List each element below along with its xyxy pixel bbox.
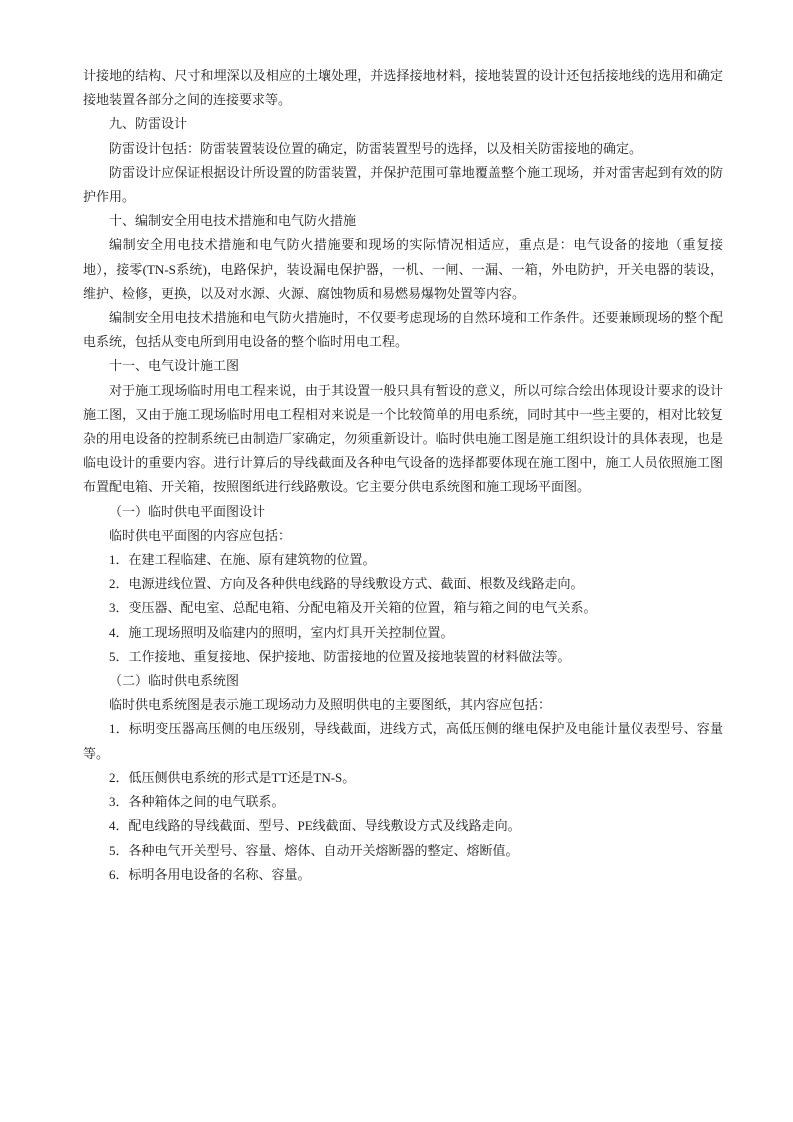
body-continuation: 计接地的结构、尺寸和埋深以及相应的土壤处理，并选择接地材料，接地装置的设计还包括… — [83, 64, 723, 112]
body: 防雷设计应保证根据设计所设置的防雷装置，并保护范围可靠地覆盖整个施工现场，并对雷… — [83, 161, 723, 209]
section-heading: 十一、电气设计施工图 — [83, 354, 723, 378]
list-item: 6．标明各用电设备的名称、容量。 — [83, 863, 723, 887]
section-heading: 九、防雷设计 — [83, 112, 723, 136]
document-body: 计接地的结构、尺寸和埋深以及相应的土壤处理，并选择接地材料，接地装置的设计还包括… — [83, 64, 723, 887]
list-item: 2．低压侧供电系统的形式是TT还是TN-S。 — [83, 766, 723, 790]
document-page: 计接地的结构、尺寸和埋深以及相应的土壤处理，并选择接地材料，接地装置的设计还包括… — [0, 0, 793, 1122]
body: 临时供电系统图是表示施工现场动力及照明供电的主要图纸，其内容应包括： — [83, 693, 723, 717]
body: 临时供电平面图的内容应包括： — [83, 524, 723, 548]
list-item: 1．在建工程临建、在施、原有建筑物的位置。 — [83, 548, 723, 572]
list-item: 3．各种箱体之间的电气联系。 — [83, 790, 723, 814]
body: 编制安全用电技术措施和电气防火措施要和现场的实际情况相适应，重点是：电气设备的接… — [83, 233, 723, 306]
body: 编制安全用电技术措施和电气防火措施时，不仅要考虑现场的自然环境和工作条件。还要兼… — [83, 306, 723, 354]
body: 防雷设计包括：防雷装置装设位置的确定，防雷装置型号的选择，以及相关防雷接地的确定… — [83, 137, 723, 161]
list-item: 4．施工现场照明及临建内的照明，室内灯具开关控制位置。 — [83, 621, 723, 645]
body: 对于施工现场临时用电工程来说，由于其设置一般只具有暂设的意义，所以可综合绘出体现… — [83, 379, 723, 500]
list-item: 2．电源进线位置、方向及各种供电线路的导线敷设方式、截面、根数及线路走向。 — [83, 572, 723, 596]
sub-heading: （二）临时供电系统图 — [83, 669, 723, 693]
list-item: 5．工作接地、重复接地、保护接地、防雷接地的位置及接地装置的材料做法等。 — [83, 645, 723, 669]
list-item: 1．标明变压器高压侧的电压级别，导线截面，进线方式，高低压侧的继电保护及电能计量… — [83, 717, 723, 765]
list-item: 3．变压器、配电室、总配电箱、分配电箱及开关箱的位置，箱与箱之间的电气关系。 — [83, 596, 723, 620]
list-item: 4．配电线路的导线截面、型号、PE线截面、导线敷设方式及线路走向。 — [83, 814, 723, 838]
list-item: 5．各种电气开关型号、容量、熔体、自动开关熔断器的整定、熔断值。 — [83, 839, 723, 863]
sub-heading: （一）临时供电平面图设计 — [83, 500, 723, 524]
section-heading: 十、编制安全用电技术措施和电气防火措施 — [83, 209, 723, 233]
